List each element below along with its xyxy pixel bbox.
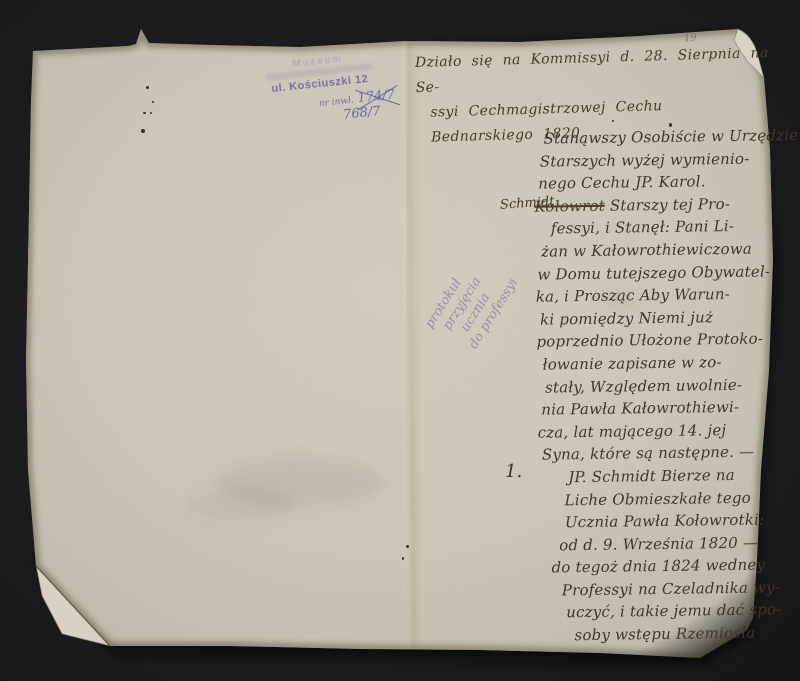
manuscript-line: nia Pawła Kałowrothiewi- (541, 395, 779, 421)
manuscript-line: poprzednio Ułożone Protoko- (536, 328, 778, 354)
manuscript-line: nego Cechu JP. Karol. (538, 170, 776, 196)
manuscript-line: Liche Obmieszkałe tego (564, 486, 780, 512)
scan-background: Muzeum ul. Kościuszki 12 nr inwl.174/7 7… (0, 0, 800, 681)
manuscript-line: fessyi, i Stanęł: Pani Li- (551, 215, 777, 241)
manuscript-line: od d. 9. Września 1820 — (559, 531, 781, 557)
line-remainder: Starszy tej Pro- (610, 195, 730, 215)
ink-speck (141, 129, 145, 133)
ink-speck (406, 545, 409, 548)
body-text: Stanąwszy Osobiście w Urzędzie Starszych… (533, 124, 782, 647)
archive-stamp: Muzeum ul. Kościuszki 12 nr inwl.174/7 7… (230, 47, 411, 134)
manuscript-line: Stanąwszy Osobiście w Urzędzie (543, 124, 775, 150)
manuscript-line: do tegoż dnia 1824 wedney (551, 554, 781, 580)
manuscript-line: JP. Schmidt Bierze na (568, 463, 780, 489)
pencil-annotation: protokuł przyjęcia ucznia do professyi (422, 239, 529, 358)
manuscript-line: soby wstępu Rzemiosła (574, 621, 782, 646)
manuscript-line: żan w Kałowrothiewiczowa (541, 237, 777, 263)
manuscript-line: Professyi na Czeladnika wy- (562, 576, 782, 602)
manuscript-line: uczyć, i takie jemu dać spo- (566, 599, 782, 625)
ink-speck (150, 112, 152, 114)
ink-speck (669, 123, 672, 127)
manuscript-line: w Domu tutejszego Obywatel- (537, 260, 777, 286)
ink-speck (612, 120, 614, 122)
manuscript-line: ka, i Prosząc Aby Warun- (536, 282, 778, 308)
manuscript-line: ki pomiędzy Niemi już (540, 305, 778, 331)
manuscript-line: łowanie zapisane w zo- (543, 350, 779, 376)
manuscript-line: Starszych wyżej wymienio- (540, 147, 776, 173)
item-number: 1. (505, 461, 522, 482)
manuscript-line: cza, lat mającego 14. jej (537, 418, 779, 444)
manuscript-content: Muzeum ul. Kościuszki 12 nr inwl.174/7 7… (0, 0, 800, 681)
ink-speck (143, 112, 146, 114)
struck-word: Kołowrot (534, 197, 605, 216)
ink-speck (152, 101, 154, 103)
manuscript-line: stały, Względem uwolnie- (545, 373, 779, 399)
manuscript-line-with-strikethrough: KołowrotStarszy tej Pro- (534, 192, 776, 218)
ink-speck (402, 557, 404, 560)
manuscript-line: Syna, które są następne. — (542, 441, 780, 467)
manuscript-line: Ucznia Pawła Kołowrotki: (565, 508, 781, 534)
ink-speck (146, 86, 149, 89)
